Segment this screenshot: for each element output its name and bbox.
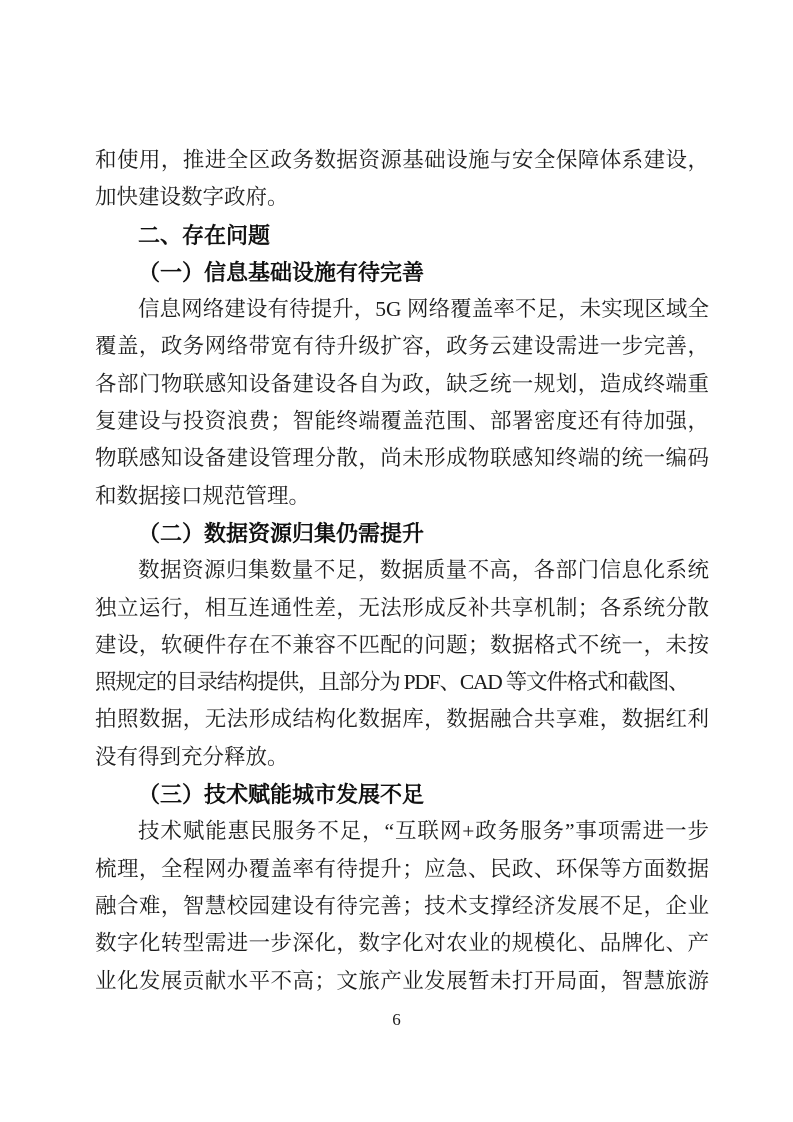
body-line: 业化发展贡献水平不高；文旅产业发展暂未打开局面，智慧旅游: [95, 963, 709, 1000]
page-number: 6: [0, 1010, 793, 1030]
body-line: 信息网络建设有待提升，5G 网络覆盖率不足，未实现区域全: [95, 291, 709, 328]
body-line: 独立运行，相互连通性差，无法形成反补共享机制；各系统分散: [95, 590, 709, 627]
body-line: 加快建设数字政府。: [95, 179, 709, 216]
subsection-heading: （三）技术赋能城市发展不足: [95, 776, 709, 813]
page-content: 和使用，推进全区政务数据资源基础设施与安全保障体系建设， 加快建设数字政府。 二…: [95, 142, 709, 1000]
body-line: 照规定的目录结构提供，且部分为 PDF、CAD 等文件格式和截图、: [95, 664, 709, 701]
body-line: 数字化转型需进一步深化，数字化对农业的规模化、品牌化、产: [95, 925, 709, 962]
subsection-heading: （一）信息基础设施有待完善: [95, 254, 709, 291]
body-line: 技术赋能惠民服务不足，“互联网+政务服务”事项需进一步: [95, 813, 709, 850]
body-line: 各部门物联感知设备建设各自为政，缺乏统一规划，造成终端重: [95, 366, 709, 403]
body-line: 覆盖，政务网络带宽有待升级扩容，政务云建设需进一步完善，: [95, 328, 709, 365]
body-line: 梳理，全程网办覆盖率有待提升；应急、民政、环保等方面数据: [95, 851, 709, 888]
document-page: 和使用，推进全区政务数据资源基础设施与安全保障体系建设， 加快建设数字政府。 二…: [0, 0, 793, 1122]
body-line: 和数据接口规范管理。: [95, 478, 709, 515]
body-line: 物联感知设备建设管理分散，尚未形成物联感知终端的统一编码: [95, 440, 709, 477]
body-line: 没有得到充分释放。: [95, 739, 709, 776]
body-line: 和使用，推进全区政务数据资源基础设施与安全保障体系建设，: [95, 142, 709, 179]
body-line: 建设，软硬件存在不兼容不匹配的问题；数据格式不统一，未按: [95, 627, 709, 664]
body-line: 复建设与投资浪费；智能终端覆盖范围、部署密度还有待加强，: [95, 403, 709, 440]
body-line: 数据资源归集数量不足，数据质量不高，各部门信息化系统: [95, 552, 709, 589]
body-line: 融合难，智慧校园建设有待完善；技术支撑经济发展不足，企业: [95, 888, 709, 925]
body-line: 拍照数据，无法形成结构化数据库，数据融合共享难，数据红利: [95, 701, 709, 738]
section-heading: 二、存在问题: [95, 217, 709, 254]
subsection-heading: （二）数据资源归集仍需提升: [95, 515, 709, 552]
